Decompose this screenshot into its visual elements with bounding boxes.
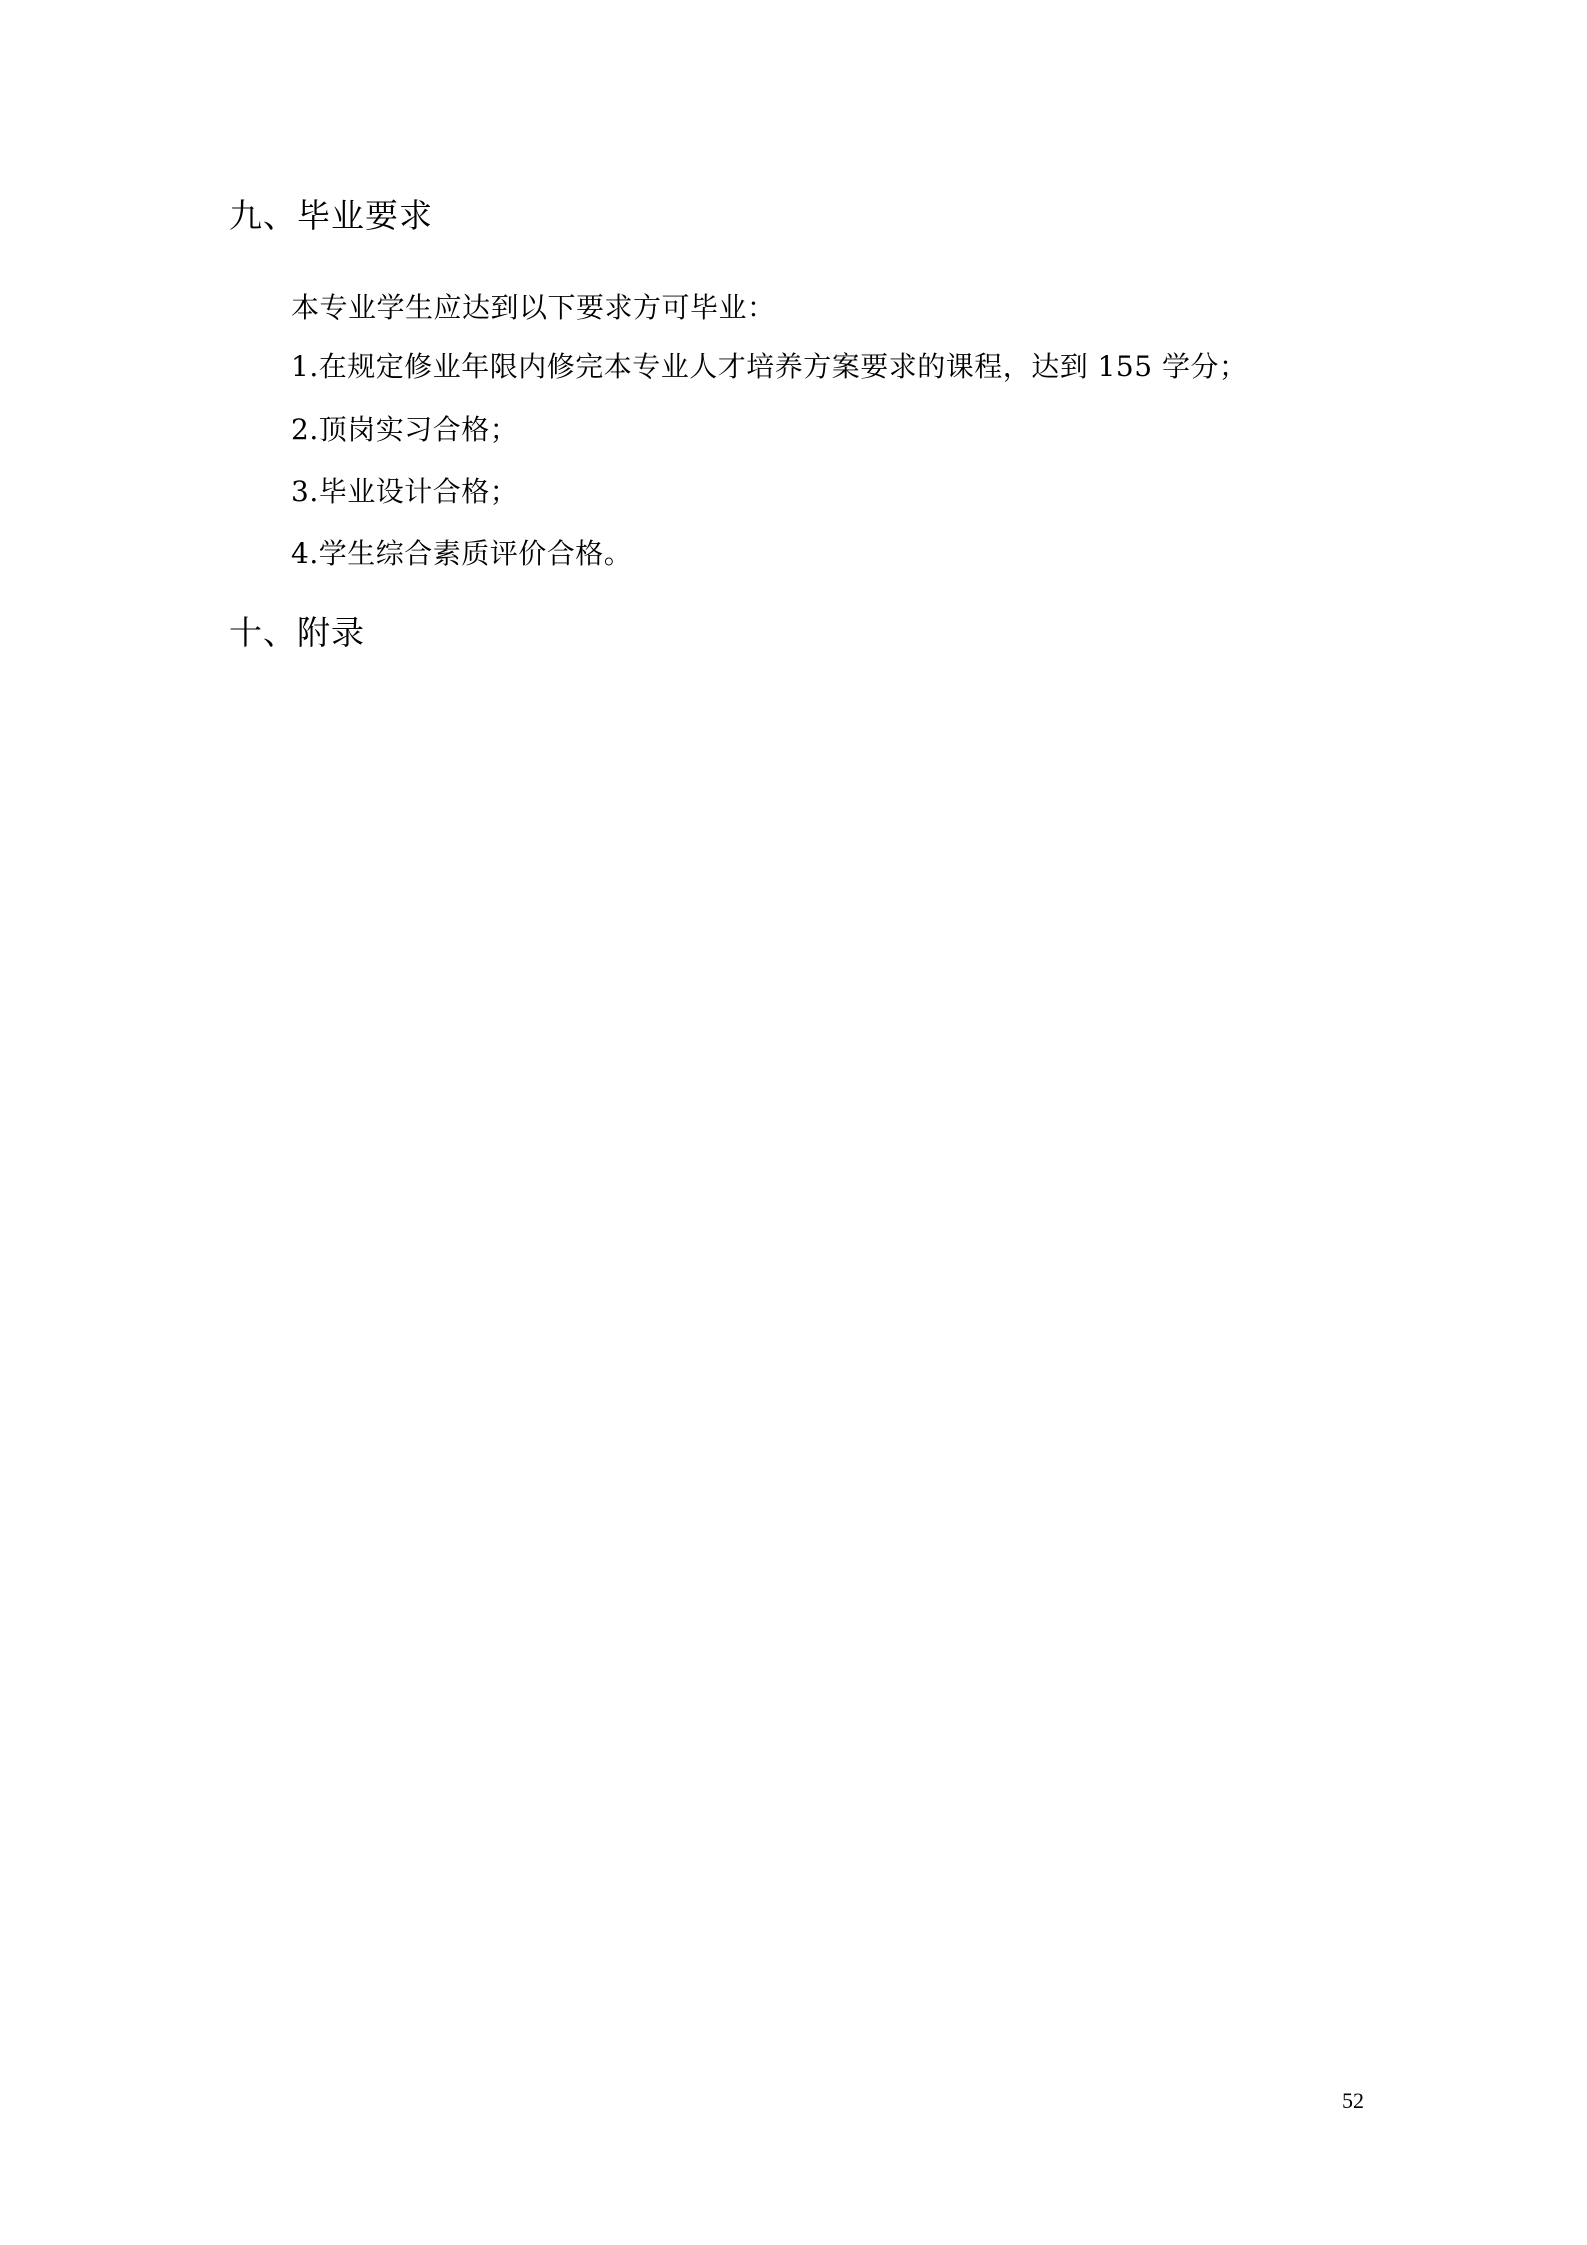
section-title: 毕业要求 (297, 196, 433, 235)
section-number: 九、 (229, 196, 297, 235)
requirements-intro: 本专业学生应达到以下要求方可毕业： (291, 290, 776, 326)
requirement-item-graduation-design: 3.毕业设计合格； (291, 474, 518, 510)
requirement-item-quality-evaluation: 4.学生综合素质评价合格。 (291, 536, 632, 572)
section-title: 附录 (297, 613, 365, 652)
document-page: 九、毕业要求 本专业学生应达到以下要求方可毕业： 1.在规定修业年限内修完本专业… (0, 0, 1587, 2245)
section-number: 十、 (229, 613, 297, 652)
requirement-item-credits: 1.在规定修业年限内修完本专业人才培养方案要求的课程，达到 155 学分； (291, 349, 1247, 385)
page-number: 52 (1342, 2088, 1364, 2114)
section-heading-appendix: 十、附录 (229, 613, 365, 653)
requirement-item-internship: 2.顶岗实习合格； (291, 412, 518, 448)
section-heading-graduation-requirements: 九、毕业要求 (229, 196, 433, 236)
